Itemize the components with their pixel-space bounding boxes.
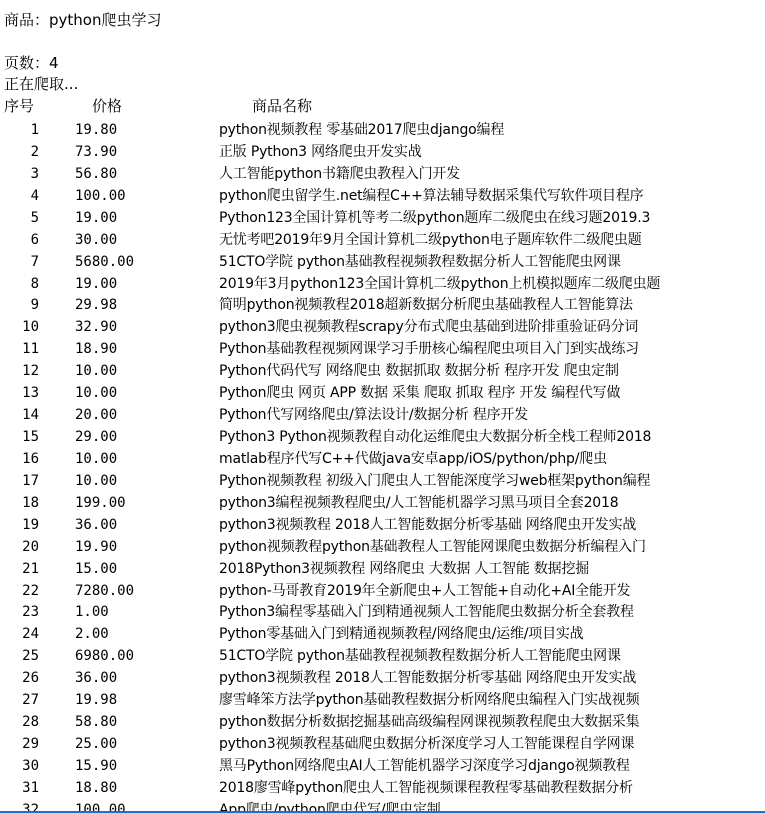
row-index: 10 xyxy=(0,316,39,338)
row-name: python3爬虫视频教程scrapy分布式爬虫基础到进阶排重验证码分词 xyxy=(219,316,638,338)
row-price: 7280.00 xyxy=(75,580,134,602)
row-name: 简明python视频教程2018超新数据分析爬虫基础教程人工智能算法 xyxy=(219,294,633,316)
table-row: 256980.0051CTO学院 python基础教程视频教程数据分析人工智能爬… xyxy=(0,645,765,667)
table-row: 1420.00Python代写网络爬虫/算法设计/数据分析 程序开发 xyxy=(0,404,765,426)
row-index: 16 xyxy=(0,448,39,470)
row-name: python视频教程python基础教程人工智能网课爬虫数据分析编程入门 xyxy=(219,536,646,558)
table-row: 2019.90python视频教程python基础教程人工智能网课爬虫数据分析编… xyxy=(0,536,765,558)
row-index: 29 xyxy=(0,733,39,755)
row-index: 5 xyxy=(0,207,39,229)
row-index: 21 xyxy=(0,558,39,580)
row-price: 20.00 xyxy=(75,404,117,426)
row-price: 36.00 xyxy=(75,667,117,689)
table-row: 2719.98廖雪峰笨方法学python基础教程数据分析网络爬虫编程入门实战视频 xyxy=(0,689,765,711)
row-price: 2.00 xyxy=(75,623,109,645)
row-index: 18 xyxy=(0,492,39,514)
row-index: 28 xyxy=(0,711,39,733)
row-price: 29.98 xyxy=(75,294,117,316)
row-price: 100.00 xyxy=(75,799,126,811)
row-price: 15.90 xyxy=(75,755,117,777)
table-row: 1610.00matlab程序代写C++代做java安卓app/iOS/pyth… xyxy=(0,448,765,470)
row-index: 3 xyxy=(0,163,39,185)
row-name: 2018廖雪峰python爬虫人工智能视频课程教程零基础教程数据分析 xyxy=(219,777,633,799)
row-index: 15 xyxy=(0,426,39,448)
row-index: 26 xyxy=(0,667,39,689)
row-name: 51CTO学院 python基础教程视频教程数据分析人工智能爬虫网课 xyxy=(219,645,621,667)
row-index: 19 xyxy=(0,514,39,536)
row-price: 19.80 xyxy=(75,119,117,141)
row-name: Python爬虫 网页 APP 数据 采集 爬取 抓取 程序 开发 编程代写做 xyxy=(219,382,620,404)
table-row: 18199.00python3编程视频教程爬虫/人工智能机器学习黑马项目全套20… xyxy=(0,492,765,514)
page-count-line: 页数：4 xyxy=(4,53,59,73)
row-index: 13 xyxy=(0,382,39,404)
row-index: 20 xyxy=(0,536,39,558)
row-price: 30.00 xyxy=(75,229,117,251)
row-name: App爬虫/python爬虫代写/爬虫定制 xyxy=(219,799,441,811)
row-price: 100.00 xyxy=(75,185,126,207)
row-price: 15.00 xyxy=(75,558,117,580)
row-index: 17 xyxy=(0,470,39,492)
row-price: 10.00 xyxy=(75,360,117,382)
row-index: 9 xyxy=(0,294,39,316)
table-row: 1210.00Python代码代写 网络爬虫 数据抓取 数据分析 程序开发 爬虫… xyxy=(0,360,765,382)
row-name: 黑马Python网络爬虫AI人工智能机器学习深度学习django视频教程 xyxy=(219,755,630,777)
row-price: 19.00 xyxy=(75,273,117,295)
row-name: Python代写网络爬虫/算法设计/数据分析 程序开发 xyxy=(219,404,528,426)
row-index: 2 xyxy=(0,141,39,163)
table-row: 2636.00python3视频教程 2018人工智能数据分析零基础 网络爬虫开… xyxy=(0,667,765,689)
header-name: 商品名称 xyxy=(252,96,312,116)
row-name: 51CTO学院 python基础教程视频教程数据分析人工智能爬虫网课 xyxy=(219,251,621,273)
table-row: 273.90正版 Python3 网络爬虫开发实战 xyxy=(0,141,765,163)
table-row: 2115.002018Python3视频教程 网络爬虫 大数据 人工智能 数据挖… xyxy=(0,558,765,580)
row-index: 24 xyxy=(0,623,39,645)
table-row: 119.80python视频教程 零基础2017爬虫django编程 xyxy=(0,119,765,141)
row-index: 30 xyxy=(0,755,39,777)
row-price: 18.80 xyxy=(75,777,117,799)
row-price: 199.00 xyxy=(75,492,126,514)
row-name: 2019年3月python123全国计算机二级python上机模拟题库二级爬虫题 xyxy=(219,273,660,295)
row-name: matlab程序代写C++代做java安卓app/iOS/python/php/… xyxy=(219,448,607,470)
row-index: 4 xyxy=(0,185,39,207)
row-name: Python代码代写 网络爬虫 数据抓取 数据分析 程序开发 爬虫定制 xyxy=(219,360,619,382)
product-keyword-line: 商品：python爬虫学习 xyxy=(4,10,161,30)
table-row: 231.00Python3编程零基础入门到精通视频人工智能爬虫数据分析全套教程 xyxy=(0,601,765,623)
table-row: 519.00Python123全国计算机等考二级python题库二级爬虫在线习题… xyxy=(0,207,765,229)
row-name: 无忧考吧2019年9月全国计算机二级python电子题库软件二级爬虫题 xyxy=(219,229,642,251)
row-price: 6980.00 xyxy=(75,645,134,667)
row-price: 58.80 xyxy=(75,711,117,733)
console-output: 商品：python爬虫学习 页数：4 正在爬取... 序号 价格 商品名称 11… xyxy=(0,0,765,811)
row-index: 27 xyxy=(0,689,39,711)
row-index: 31 xyxy=(0,777,39,799)
table-row: 2925.00python3视频教程基础爬虫数据分析深度学习人工智能课程自学网课 xyxy=(0,733,765,755)
row-price: 10.00 xyxy=(75,382,117,404)
table-row: 242.00Python零基础入门到精通视频教程/网络爬虫/运维/项目实战 xyxy=(0,623,765,645)
row-name: Python视频教程 初级入门爬虫人工智能深度学习web框架python编程 xyxy=(219,470,650,492)
table-row: 356.80人工智能python书籍爬虫教程入门开发 xyxy=(0,163,765,185)
row-price: 29.00 xyxy=(75,426,117,448)
row-index: 7 xyxy=(0,251,39,273)
row-name: Python3编程零基础入门到精通视频人工智能爬虫数据分析全套教程 xyxy=(219,601,634,623)
row-name: python爬虫留学生.net编程C++算法辅导数据采集代写软件项目程序 xyxy=(219,185,643,207)
row-name: python视频教程 零基础2017爬虫django编程 xyxy=(219,119,504,141)
row-name: python3视频教程 2018人工智能数据分析零基础 网络爬虫开发实战 xyxy=(219,667,636,689)
row-price: 73.90 xyxy=(75,141,117,163)
row-index: 8 xyxy=(0,273,39,295)
table-row: 75680.0051CTO学院 python基础教程视频教程数据分析人工智能爬虫… xyxy=(0,251,765,273)
row-price: 56.80 xyxy=(75,163,117,185)
row-index: 14 xyxy=(0,404,39,426)
row-name: Python基础教程视频网课学习手册核心编程爬虫项目入门到实战练习 xyxy=(219,338,639,360)
row-price: 32.90 xyxy=(75,316,117,338)
table-row: 3118.802018廖雪峰python爬虫人工智能视频课程教程零基础教程数据分… xyxy=(0,777,765,799)
row-price: 1.00 xyxy=(75,601,109,623)
row-index: 12 xyxy=(0,360,39,382)
row-price: 19.98 xyxy=(75,689,117,711)
row-name: Python123全国计算机等考二级python题库二级爬虫在线习题2019.3 xyxy=(219,207,650,229)
table-row: 929.98简明python视频教程2018超新数据分析爬虫基础教程人工智能算法 xyxy=(0,294,765,316)
row-index: 23 xyxy=(0,601,39,623)
table-row: 1936.00python3视频教程 2018人工智能数据分析零基础 网络爬虫开… xyxy=(0,514,765,536)
table-row: 630.00无忧考吧2019年9月全国计算机二级python电子题库软件二级爬虫… xyxy=(0,229,765,251)
row-name: python3视频教程基础爬虫数据分析深度学习人工智能课程自学网课 xyxy=(219,733,634,755)
row-name: python-马哥教育2019年全新爬虫+人工智能+自动化+AI全能开发 xyxy=(219,580,630,602)
header-index: 序号 xyxy=(4,96,34,116)
row-price: 18.90 xyxy=(75,338,117,360)
table-row: 1118.90Python基础教程视频网课学习手册核心编程爬虫项目入门到实战练习 xyxy=(0,338,765,360)
crawl-status-line: 正在爬取... xyxy=(4,74,78,94)
row-index: 22 xyxy=(0,580,39,602)
table-row: 1529.00Python3 Python视频教程自动化运维爬虫大数据分析全栈工… xyxy=(0,426,765,448)
row-name: Python零基础入门到精通视频教程/网络爬虫/运维/项目实战 xyxy=(219,623,583,645)
row-price: 19.90 xyxy=(75,536,117,558)
row-name: python数据分析数据挖掘基础高级编程网课视频教程爬虫大数据采集 xyxy=(219,711,639,733)
table-row: 1032.90python3爬虫视频教程scrapy分布式爬虫基础到进阶排重验证… xyxy=(0,316,765,338)
table-row: 227280.00python-马哥教育2019年全新爬虫+人工智能+自动化+A… xyxy=(0,580,765,602)
table-row: 2858.80python数据分析数据挖掘基础高级编程网课视频教程爬虫大数据采集 xyxy=(0,711,765,733)
row-price: 10.00 xyxy=(75,448,117,470)
row-name: 人工智能python书籍爬虫教程入门开发 xyxy=(219,163,460,185)
row-name: 正版 Python3 网络爬虫开发实战 xyxy=(219,141,422,163)
table-row: 32100.00App爬虫/python爬虫代写/爬虫定制 xyxy=(0,799,765,811)
row-name: 2018Python3视频教程 网络爬虫 大数据 人工智能 数据挖掘 xyxy=(219,558,589,580)
row-name: python3编程视频教程爬虫/人工智能机器学习黑马项目全套2018 xyxy=(219,492,618,514)
table-row: 3015.90黑马Python网络爬虫AI人工智能机器学习深度学习django视… xyxy=(0,755,765,777)
row-index: 6 xyxy=(0,229,39,251)
row-name: 廖雪峰笨方法学python基础教程数据分析网络爬虫编程入门实战视频 xyxy=(219,689,639,711)
row-index: 25 xyxy=(0,645,39,667)
row-index: 32 xyxy=(0,799,39,811)
row-price: 5680.00 xyxy=(75,251,134,273)
row-price: 25.00 xyxy=(75,733,117,755)
header-price: 价格 xyxy=(92,96,122,116)
table-row: 819.002019年3月python123全国计算机二级python上机模拟题… xyxy=(0,273,765,295)
row-name: python3视频教程 2018人工智能数据分析零基础 网络爬虫开发实战 xyxy=(219,514,636,536)
row-name: Python3 Python视频教程自动化运维爬虫大数据分析全栈工程师2018 xyxy=(219,426,651,448)
row-price: 36.00 xyxy=(75,514,117,536)
row-price: 19.00 xyxy=(75,207,117,229)
table-row: 1710.00Python视频教程 初级入门爬虫人工智能深度学习web框架pyt… xyxy=(0,470,765,492)
row-index: 1 xyxy=(0,119,39,141)
row-price: 10.00 xyxy=(75,470,117,492)
table-row: 4100.00python爬虫留学生.net编程C++算法辅导数据采集代写软件项… xyxy=(0,185,765,207)
table-row: 1310.00Python爬虫 网页 APP 数据 采集 爬取 抓取 程序 开发… xyxy=(0,382,765,404)
row-index: 11 xyxy=(0,338,39,360)
